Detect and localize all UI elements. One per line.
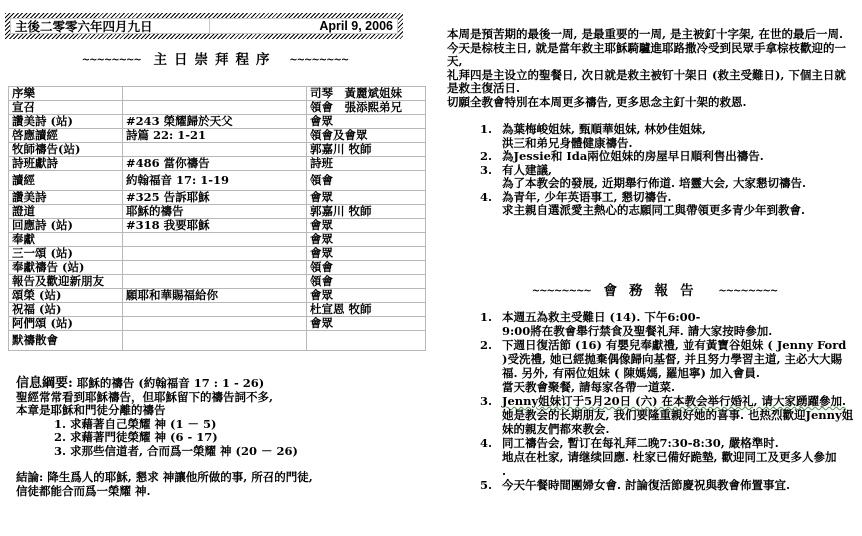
date-chinese: 主後二零零六年四月九日 bbox=[11, 19, 210, 33]
program-leader: 郭嘉川 牧師 bbox=[307, 205, 426, 219]
program-leader: 會眾 bbox=[307, 191, 426, 205]
program-detail: #243 榮耀歸於天父 bbox=[123, 115, 307, 129]
announcement-line: Jenny姐妹订于5月20日 (六) 在本教会举行婚礼, 请大家踴躍參加. bbox=[502, 394, 857, 408]
table-row: 頌榮 (站)願耶和華賜福給你會眾 bbox=[9, 289, 426, 303]
program-title-row: ~~~~~~~~ 主日崇拜程序 ~~~~~~~~ bbox=[0, 50, 430, 71]
program-item: 讚美詩 bbox=[9, 191, 123, 205]
table-row: 報告及歡迎新朋友領會 bbox=[9, 275, 426, 289]
program-item: 回應詩 (站) bbox=[9, 219, 123, 233]
sermon-title: 耶穌的禱告 (約翰福音 17 : 1 - 26) bbox=[73, 376, 264, 390]
program-detail bbox=[123, 247, 307, 261]
program-item: 讚美詩 (站) bbox=[9, 115, 123, 129]
program-detail bbox=[123, 233, 307, 247]
announcement-line: )受洗禮, 她已經拋棄偶像歸向基督, 并且努力學習主道, 主必大大賜福. 另外,… bbox=[502, 352, 857, 380]
program-item: 啓應讀經 bbox=[9, 129, 123, 143]
intro-paragraph: 本周是預苦期的最後一周, 是最重要的一周, 是主被釘十字架, 在世的最后一周. bbox=[447, 28, 854, 42]
announcement-item: 5. 今天午餐時間團婦女會. 討論復活節慶祝與教會佈置事宜. bbox=[502, 478, 857, 492]
reports-title-row: ~~~~~~~~ 會務報告 ~~~~~~~~ bbox=[447, 283, 862, 300]
intro-paragraph: 礼拜四是主设立的聖餐日, 次日就是救主被钉十架日 (救主受難日), 下個主日就是… bbox=[447, 69, 854, 96]
announcement-line: 今天午餐時間團婦女會. 討論復活節慶祝與教會佈置事宜. bbox=[502, 478, 857, 492]
table-row: 讚美詩 (站)#243 榮耀歸於天父會眾 bbox=[9, 115, 426, 129]
program-item: 祝福 (站) bbox=[9, 303, 123, 317]
prayer-number: 3. bbox=[480, 164, 492, 178]
program-item: 報告及歡迎新朋友 bbox=[9, 275, 123, 289]
conclusion-line: 信徒都能合而爲一榮耀 神. bbox=[16, 485, 426, 499]
intro-paragraph: 切願全教會特別在本周更多禱告, 更多思念主釘十架的救恩. bbox=[447, 96, 854, 110]
program-item: 奉獻 bbox=[9, 233, 123, 247]
program-item: 阿們頌 (站) bbox=[9, 317, 123, 331]
announcement-line: 當天教會聚餐, 請每家各帶一道菜. bbox=[502, 380, 857, 394]
prayer-line: 為青年, 少年英语事工, 懇切禱告. bbox=[502, 191, 862, 205]
sermon-point: 2. 求藉著門徒榮耀 神 (6 - 17) bbox=[54, 431, 426, 445]
prayer-line: 洪三和弟兄身體健康禱告. bbox=[502, 137, 862, 151]
date-english: April 9, 2006 bbox=[210, 19, 397, 33]
table-row: 奉獻會眾 bbox=[9, 233, 426, 247]
program-leader: 領會 張添熙弟兄 bbox=[307, 101, 426, 115]
sermon-outline: 信息綱要: 耶穌的禱告 (約翰福音 17 : 1 - 26) 聖經常常看到耶穌禱… bbox=[16, 377, 426, 498]
swirl-ornament-icon: ~~~~~~~~ bbox=[532, 284, 591, 300]
table-row: 牧師禱告(站)郭嘉川 牧師 bbox=[9, 143, 426, 157]
program-leader: 會眾 bbox=[307, 219, 426, 233]
announcement-line: . bbox=[502, 464, 857, 478]
program-leader: 詩班 bbox=[307, 157, 426, 171]
program-detail: 約翰福音 17: 1-19 bbox=[123, 171, 307, 191]
table-row: 讚美詩#325 告訴耶穌會眾 bbox=[9, 191, 426, 205]
announcement-number: 2. bbox=[480, 338, 492, 352]
sermon-line: 本章是耶穌和門徒分離的禱告 bbox=[16, 404, 426, 418]
announcement-line: 本週五為救主受難日 (14). 下午6:00- bbox=[502, 310, 857, 324]
program-item: 奉獻禱告 (站) bbox=[9, 261, 123, 275]
program-item: 序樂 bbox=[9, 87, 123, 101]
swirl-ornament-icon: ~~~~~~~~ bbox=[718, 284, 777, 300]
prayer-item: 1. 為葉梅峻姐妹, 甄順華姐妹, 林妙佳姐妹, 洪三和弟兄身體健康禱告. bbox=[502, 123, 862, 150]
program-detail: #486 當你禱告 bbox=[123, 157, 307, 171]
program-leader: 郭嘉川 牧師 bbox=[307, 143, 426, 157]
announcement-number: 5. bbox=[480, 478, 492, 492]
prayer-number: 2. bbox=[480, 150, 492, 164]
conclusion-line: 結論: 降生爲人的耶穌, 懇求 神讓他所做的事, 所召的門徒, bbox=[16, 471, 426, 485]
announcement-item: 2. 下週日復活節 (16) 有嬰兒奉獻禮, 並有黃寶谷姐妹 ( Jenny F… bbox=[502, 338, 857, 394]
program-detail bbox=[123, 143, 307, 157]
prayer-item: 3. 有人建議, 為了本教会的發展, 近期舉行佈道. 培靈大会, 大家懇切禱告. bbox=[502, 164, 862, 191]
program-detail: 耶穌的禱告 bbox=[123, 205, 307, 219]
program-leader bbox=[307, 331, 426, 351]
program-detail: 詩篇 22: 1-21 bbox=[123, 129, 307, 143]
sermon-line: 聖經常常看到耶穌禱告，但耶穌留下的禱告詞不多, bbox=[16, 391, 426, 405]
announcement-line: 地点在杜家, 请继续回應. 杜家已備好跪墊, 歡迎同工及更多人參加 bbox=[502, 450, 857, 464]
program-item: 詩班獻詩 bbox=[9, 157, 123, 171]
program-item: 默禱散會 bbox=[9, 331, 123, 351]
prayer-line: 為葉梅峻姐妹, 甄順華姐妹, 林妙佳姐妹, bbox=[502, 123, 862, 137]
reports-title: 會務報告 bbox=[604, 283, 706, 299]
announcement-line: 同工禱告会, 暫订在每礼拜二晚7:30-8:30, 嚴格準时. bbox=[502, 436, 857, 450]
program-item: 牧師禱告(站) bbox=[9, 143, 123, 157]
sermon-heading: 信息綱要: 耶穌的禱告 (約翰福音 17 : 1 - 26) bbox=[16, 377, 426, 391]
program-detail: #318 我要耶穌 bbox=[123, 219, 307, 233]
program-leader: 會眾 bbox=[307, 247, 426, 261]
table-row: 阿們頌 (站)會眾 bbox=[9, 317, 426, 331]
intro-text: 本周是預苦期的最後一周, 是最重要的一周, 是主被釘十字架, 在世的最后一周. … bbox=[447, 28, 862, 109]
program-item: 三一頌 (站) bbox=[9, 247, 123, 261]
intro-paragraph: 今天是棕枝主日, 就是當年救主耶穌騎驢進耶路撒冷受到民眾手拿棕枝歡迎的一天, bbox=[447, 42, 854, 69]
program-leader: 會眾 bbox=[307, 317, 426, 331]
program-leader: 會眾 bbox=[307, 233, 426, 247]
announcement-line: 9:00將在教會舉行禁食及聖餐礼拜. 請大家按時參加. bbox=[502, 324, 857, 338]
prayer-list: 1. 為葉梅峻姐妹, 甄順華姐妹, 林妙佳姐妹, 洪三和弟兄身體健康禱告. 2.… bbox=[447, 123, 862, 218]
table-row: 讀經約翰福音 17: 1-19領會 bbox=[9, 171, 426, 191]
program-item: 頌榮 (站) bbox=[9, 289, 123, 303]
table-row: 回應詩 (站)#318 我要耶穌會眾 bbox=[9, 219, 426, 233]
program-leader: 會眾 bbox=[307, 289, 426, 303]
program-detail bbox=[123, 331, 307, 351]
program-leader: 會眾 bbox=[307, 115, 426, 129]
program-detail bbox=[123, 87, 307, 101]
prayer-item: 2. 為Jessie和 Ida兩位姐妹的房屋早日順利售出禱告. bbox=[502, 150, 862, 164]
announcement-item: 4. 同工禱告会, 暫订在每礼拜二晚7:30-8:30, 嚴格準时. 地点在杜家… bbox=[502, 436, 857, 478]
table-row: 默禱散會 bbox=[9, 331, 426, 351]
announcement-item: 1. 本週五為救主受難日 (14). 下午6:00- 9:00將在教會舉行禁食及… bbox=[502, 310, 857, 338]
table-row: 證道耶穌的禱告郭嘉川 牧師 bbox=[9, 205, 426, 219]
announcement-line: 下週日復活節 (16) 有嬰兒奉獻禮, 並有黃寶谷姐妹 ( Jenny Ford bbox=[502, 338, 857, 352]
right-column: 本周是預苦期的最後一周, 是最重要的一周, 是主被釘十字架, 在世的最后一周. … bbox=[447, 0, 862, 536]
announcement-number: 1. bbox=[480, 310, 492, 324]
program-leader: 領會 bbox=[307, 261, 426, 275]
program-detail bbox=[123, 261, 307, 275]
program-leader: 杜宣恩 牧師 bbox=[307, 303, 426, 317]
table-row: 詩班獻詩#486 當你禱告詩班 bbox=[9, 157, 426, 171]
prayer-line: 有人建議, bbox=[502, 164, 862, 178]
table-row: 宣召領會 張添熙弟兄 bbox=[9, 101, 426, 115]
prayer-line: 為了本教会的發展, 近期舉行佈道. 培靈大会, 大家懇切禱告. bbox=[502, 177, 862, 191]
announcement-list: 1. 本週五為救主受難日 (14). 下午6:00- 9:00將在教會舉行禁食及… bbox=[447, 310, 857, 492]
sermon-point: 3. 求那些信道者, 合而爲一榮耀 神 (20 － 26) bbox=[54, 445, 426, 459]
swirl-ornament-icon: ~~~~~~~~ bbox=[289, 51, 348, 71]
table-row: 序樂司琴 黃麗斌姐妹 bbox=[9, 87, 426, 101]
program-leader: 領會 bbox=[307, 275, 426, 289]
table-row: 三一頌 (站)會眾 bbox=[9, 247, 426, 261]
announcement-number: 4. bbox=[480, 436, 492, 450]
prayer-item: 4. 為青年, 少年英语事工, 懇切禱告. 求主親自選派愛主熱心的志願同工與帶領… bbox=[502, 191, 862, 218]
program-item: 證道 bbox=[9, 205, 123, 219]
program-item: 讀經 bbox=[9, 171, 123, 191]
prayer-line: 為Jessie和 Ida兩位姐妹的房屋早日順利售出禱告. bbox=[502, 150, 862, 164]
prayer-line: 求主親自選派愛主熱心的志願同工與帶領更多青少年到教會. bbox=[502, 204, 862, 218]
program-item: 宣召 bbox=[9, 101, 123, 115]
left-column: 主後二零零六年四月九日 April 9, 2006 ~~~~~~~~ 主日崇拜程… bbox=[0, 0, 440, 536]
program-detail: #325 告訴耶穌 bbox=[123, 191, 307, 205]
table-row: 祝福 (站)杜宣恩 牧師 bbox=[9, 303, 426, 317]
announcement-item: 3. Jenny姐妹订于5月20日 (六) 在本教会举行婚礼, 请大家踴躍參加.… bbox=[502, 394, 857, 436]
program-detail bbox=[123, 303, 307, 317]
program-title: 主日崇拜程序 bbox=[154, 52, 277, 68]
program-leader: 領會及會眾 bbox=[307, 129, 426, 143]
date-header: 主後二零零六年四月九日 April 9, 2006 bbox=[10, 18, 398, 34]
prayer-number: 4. bbox=[480, 191, 492, 205]
program-detail bbox=[123, 101, 307, 115]
table-row: 啓應讀經詩篇 22: 1-21領會及會眾 bbox=[9, 129, 426, 143]
swirl-ornament-icon: ~~~~~~~~ bbox=[82, 51, 141, 71]
program-leader: 司琴 黃麗斌姐妹 bbox=[307, 87, 426, 101]
worship-program-table: 序樂司琴 黃麗斌姐妹 宣召領會 張添熙弟兄 讚美詩 (站)#243 榮耀歸於天父… bbox=[8, 86, 426, 351]
sermon-points: 1. 求藉著自己榮耀 神 (1 － 5) 2. 求藉著門徒榮耀 神 (6 - 1… bbox=[16, 418, 426, 459]
program-detail bbox=[123, 275, 307, 289]
program-detail: 願耶和華賜福給你 bbox=[123, 289, 307, 303]
announcement-number: 3. bbox=[480, 394, 492, 408]
prayer-number: 1. bbox=[480, 123, 492, 137]
program-detail bbox=[123, 317, 307, 331]
program-leader: 領會 bbox=[307, 171, 426, 191]
sermon-label: 信息綱要: bbox=[16, 376, 73, 391]
sermon-point: 1. 求藉著自己榮耀 神 (1 － 5) bbox=[54, 418, 426, 432]
date-header-frame: 主後二零零六年四月九日 April 9, 2006 bbox=[5, 13, 403, 39]
table-row: 奉獻禱告 (站)領會 bbox=[9, 261, 426, 275]
announcement-line: 她是教会的长期朋友, 我们要隆重親好她的喜事. 也热烈歡迎Jenny姐妹的親友們… bbox=[502, 408, 857, 436]
